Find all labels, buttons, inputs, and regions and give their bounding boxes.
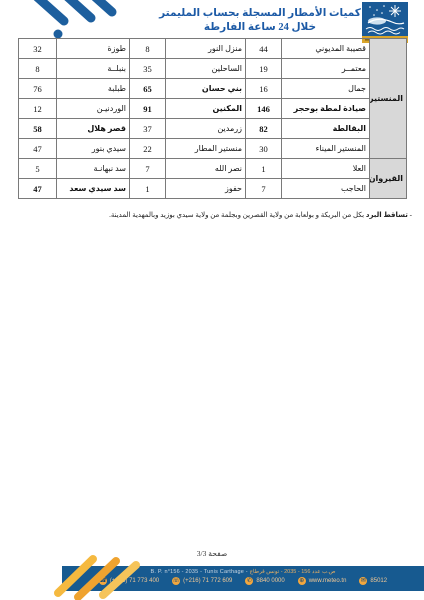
- footer-stripes-graphic: [48, 545, 148, 600]
- footer-address-arabic: ص.ب عدد 156 - 2035 - تونس قرطاج: [250, 569, 336, 575]
- rain-value-cell: 47: [19, 139, 57, 159]
- table-row: المنستير قصيبة المديوني 44 منزل النور 8 …: [19, 39, 407, 59]
- rainfall-table: المنستير قصيبة المديوني 44 منزل النور 8 …: [18, 38, 407, 199]
- station-name-cell: منزل النور: [166, 39, 246, 59]
- table-row: معتمــر 19 الساحلين 35 بنبلــة 8: [19, 59, 407, 79]
- rain-value-cell: 32: [19, 39, 57, 59]
- table-row: الحاجب 7 حفوز 1 سد سيدي سعد 47: [19, 179, 407, 199]
- station-name-cell: قصيبة المديوني: [282, 39, 370, 59]
- footer-contact-fax: ☏ (+216) 71 772 609: [172, 577, 232, 585]
- rain-value-cell: 30: [246, 139, 282, 159]
- rain-value-cell: 58: [19, 119, 57, 139]
- rain-value-cell: 146: [246, 99, 282, 119]
- hail-footnote: - تساقط البرد بكل من البريكة و بولعابة م…: [0, 211, 412, 219]
- rain-value-cell: 7: [246, 179, 282, 199]
- station-name-cell: زرمدين: [166, 119, 246, 139]
- sms-number: 85012: [370, 578, 387, 584]
- station-name-cell: سد نبهانـة: [57, 159, 130, 179]
- station-name-cell: حفوز: [166, 179, 246, 199]
- station-name-cell: سيدي بنور: [57, 139, 130, 159]
- station-name-cell: جمال: [282, 79, 370, 99]
- station-name-cell: طبلبة: [57, 79, 130, 99]
- station-name-cell: العلا: [282, 159, 370, 179]
- rain-value-cell: 47: [19, 179, 57, 199]
- rain-value-cell: 5: [19, 159, 57, 179]
- station-name-cell: المكنين: [166, 99, 246, 119]
- station-name-cell: منستير المطار: [166, 139, 246, 159]
- rain-value-cell: 91: [130, 99, 166, 119]
- rain-value-cell: 37: [130, 119, 166, 139]
- table-row: البقالطة 82 زرمدين 37 قصر هلال 58: [19, 119, 407, 139]
- rain-value-cell: 16: [246, 79, 282, 99]
- rain-value-cell: 44: [246, 39, 282, 59]
- station-name-cell: بنبلــة: [57, 59, 130, 79]
- rain-value-cell: 82: [246, 119, 282, 139]
- rain-value-cell: 8: [130, 39, 166, 59]
- station-name-cell: سد سيدي سعد: [57, 179, 130, 199]
- table-row: القيروان العلا 1 نصر الله 7 سد نبهانـة 5: [19, 159, 407, 179]
- sms-icon: ✉: [359, 577, 367, 585]
- rain-value-cell: 65: [130, 79, 166, 99]
- title-line2: خلال 24 ساعة الفارطة: [110, 21, 410, 35]
- footer-contact-sms: ✉ 85012: [359, 577, 387, 585]
- rain-value-cell: 19: [246, 59, 282, 79]
- station-name-cell: نصر الله: [166, 159, 246, 179]
- rain-value-cell: 22: [130, 139, 166, 159]
- rain-value-cell: 35: [130, 59, 166, 79]
- station-name-cell: بني حسان: [166, 79, 246, 99]
- station-name-cell: الساحلين: [166, 59, 246, 79]
- mobile-icon: ✆: [245, 577, 253, 585]
- station-name-cell: معتمــر: [282, 59, 370, 79]
- station-name-cell: صيادة لمطة بوحجر: [282, 99, 370, 119]
- rain-value-cell: 1: [246, 159, 282, 179]
- station-name-cell: طوزة: [57, 39, 130, 59]
- table-row: صيادة لمطة بوحجر 146 المكنين 91 الوردنيـ…: [19, 99, 407, 119]
- rain-value-cell: 76: [19, 79, 57, 99]
- rain-value-cell: 1: [130, 179, 166, 199]
- callcenter-number: 8840 0000: [256, 578, 284, 584]
- footer-contact-website: ⊕ www.meteo.tn: [298, 577, 347, 585]
- station-name-cell: الحاجب: [282, 179, 370, 199]
- footnote-dash: -: [410, 211, 412, 219]
- table-row: المنستير الميناء 30 منستير المطار 22 سيد…: [19, 139, 407, 159]
- station-name-cell: قصر هلال: [57, 119, 130, 139]
- page-title: كميات الأمطار المسجلة بحساب المليمتر خلا…: [110, 7, 410, 34]
- station-name-cell: الوردنيـن: [57, 99, 130, 119]
- station-name-cell: البقالطة: [282, 119, 370, 139]
- rain-value-cell: 7: [130, 159, 166, 179]
- rain-value-cell: 8: [19, 59, 57, 79]
- rain-value-cell: 12: [19, 99, 57, 119]
- footer-contact-callcenter: ✆ 8840 0000: [245, 577, 284, 585]
- footnote-text: بكل من البريكة و بولعابة من ولاية القصري…: [109, 211, 364, 219]
- station-name-cell: المنستير الميناء: [282, 139, 370, 159]
- fax-icon: ☏: [172, 577, 180, 585]
- footnote-label: تساقط البرد: [366, 211, 408, 219]
- governorate-cell: المنستير: [370, 39, 407, 159]
- title-line1: كميات الأمطار المسجلة بحساب المليمتر: [110, 7, 410, 21]
- website-url: www.meteo.tn: [309, 578, 347, 584]
- footer-address-latin: B. P. n°156 - 2035 - Tunis Carthage -: [151, 569, 248, 575]
- table-row: جمال 16 بني حسان 65 طبلبة 76: [19, 79, 407, 99]
- globe-icon: ⊕: [298, 577, 306, 585]
- governorate-cell: القيروان: [370, 159, 407, 199]
- fax-number: (+216) 71 772 609: [183, 578, 232, 584]
